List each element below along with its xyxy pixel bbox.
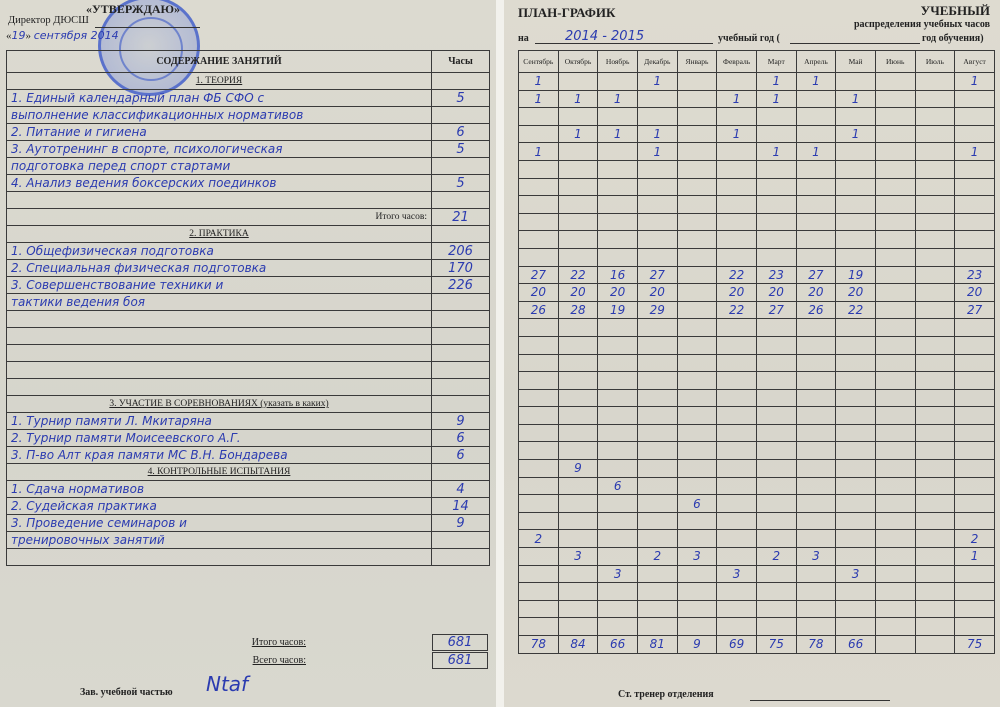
grid-cell <box>637 600 677 618</box>
grid-cell <box>836 389 876 407</box>
grid-cell <box>558 231 598 249</box>
grid-cell <box>558 178 598 196</box>
grid-cell <box>717 196 757 214</box>
section-hours-empty <box>432 464 490 481</box>
grid-cell <box>875 143 915 161</box>
grid-cell <box>915 319 955 337</box>
grid-cell <box>756 389 796 407</box>
grid-cell <box>756 565 796 583</box>
grid-cell <box>836 336 876 354</box>
grid-cell <box>796 495 836 513</box>
grid-row <box>519 442 995 460</box>
grid-cell <box>558 143 598 161</box>
grid-cell <box>637 565 677 583</box>
grid-cell <box>558 372 598 390</box>
academic-year-value: 2014 - 2015 <box>565 29 644 44</box>
grid-cell: 1 <box>955 73 995 91</box>
grid-cell <box>756 319 796 337</box>
grid-cell <box>558 160 598 178</box>
grid-cell: 20 <box>637 284 677 302</box>
grid-cell <box>717 495 757 513</box>
grid-cell <box>875 231 915 249</box>
grid-cell <box>717 389 757 407</box>
grid-cell <box>875 336 915 354</box>
grid-row: 22 <box>519 530 995 548</box>
grid-cell: 66 <box>598 636 638 654</box>
grid-row <box>519 231 995 249</box>
grid-cell <box>915 231 955 249</box>
month-header: Октябрь <box>558 51 598 73</box>
row-hours <box>432 158 490 175</box>
grid-cell <box>598 213 638 231</box>
grid-cell: 27 <box>756 301 796 319</box>
approval-title: «УТВЕРЖДАЮ» <box>86 2 180 17</box>
row-hours: 170 <box>432 260 490 277</box>
grid-cell <box>915 389 955 407</box>
grid-row: 6 <box>519 495 995 513</box>
grid-cell: 23 <box>955 266 995 284</box>
grid-cell: 75 <box>955 636 995 654</box>
table-row <box>7 328 490 345</box>
grid-cell <box>955 407 995 425</box>
grid-cell <box>558 530 598 548</box>
grid-cell <box>677 460 717 478</box>
grid-cell <box>558 600 598 618</box>
grid-cell <box>598 143 638 161</box>
row-content: 3. Проведение семинаров и <box>7 515 432 532</box>
grid-cell <box>756 618 796 636</box>
grid-cell <box>875 460 915 478</box>
row-hours: 226 <box>432 277 490 294</box>
grid-cell <box>519 231 559 249</box>
grid-cell <box>955 600 995 618</box>
grid-cell: 22 <box>558 266 598 284</box>
grid-cell <box>677 196 717 214</box>
table-body: 1. ТЕОРИЯ1. Единый календарный план ФБ С… <box>7 73 490 566</box>
section-title: 4. КОНТРОЛЬНЫЕ ИСПЫТАНИЯ <box>7 464 432 481</box>
row-hours <box>432 107 490 124</box>
grid-cell <box>717 231 757 249</box>
grid-cell <box>519 196 559 214</box>
grid-cell <box>519 583 559 601</box>
grid-cell <box>915 266 955 284</box>
grid-cell <box>955 372 995 390</box>
grid-cell <box>717 213 757 231</box>
grid-cell: 1 <box>598 90 638 108</box>
doc-subtitle: распределения учебных часов <box>854 19 990 30</box>
grid-cell <box>915 565 955 583</box>
grid-cell: 23 <box>756 266 796 284</box>
study-year-label: год обучения) <box>922 33 984 44</box>
grid-cell <box>955 618 995 636</box>
grid-cell <box>637 442 677 460</box>
grid-cell <box>637 389 677 407</box>
grid-cell <box>756 512 796 530</box>
grid-cell <box>836 143 876 161</box>
row-content: подготовка перед спорт стартами <box>7 158 432 175</box>
table-row: 2. Судейская практика14 <box>7 498 490 515</box>
plan-title: ПЛАН-ГРАФИК <box>518 5 615 21</box>
table-row: 2. Специальная физическая подготовка170 <box>7 260 490 277</box>
grid-cell <box>598 530 638 548</box>
grid-cell <box>836 477 876 495</box>
grid-cell <box>955 442 995 460</box>
grid-cell: 22 <box>717 266 757 284</box>
row-hours <box>432 532 490 549</box>
grid-cell <box>717 618 757 636</box>
row-hours: 6 <box>432 124 490 141</box>
grid-cell <box>637 178 677 196</box>
month-header: Февраль <box>717 51 757 73</box>
grid-cell <box>915 477 955 495</box>
grid-row: 262819292227262227 <box>519 301 995 319</box>
table-row: подготовка перед спорт стартами <box>7 158 490 175</box>
grid-cell <box>598 372 638 390</box>
grid-cell <box>915 196 955 214</box>
senior-coach-label: Ст. тренер отделения <box>618 689 714 700</box>
grid-cell <box>637 160 677 178</box>
grid-cell <box>519 125 559 143</box>
row-hours: 9 <box>432 515 490 532</box>
grid-cell <box>836 108 876 126</box>
grid-cell <box>756 460 796 478</box>
grid-cell <box>598 73 638 91</box>
grid-cell <box>875 372 915 390</box>
grid-cell <box>756 583 796 601</box>
grid-cell <box>915 248 955 266</box>
row-hours <box>432 294 490 311</box>
grid-cell <box>915 178 955 196</box>
grid-cell: 2 <box>637 548 677 566</box>
grid-cell <box>915 424 955 442</box>
grid-cell <box>717 583 757 601</box>
director-label: Директор ДЮСШ <box>8 15 89 26</box>
grid-cell <box>875 284 915 302</box>
grid-cell <box>677 213 717 231</box>
grid-cell: 78 <box>519 636 559 654</box>
grid-cell <box>519 548 559 566</box>
grid-cell <box>677 565 717 583</box>
grid-cell: 1 <box>756 90 796 108</box>
grid-cell: 19 <box>598 301 638 319</box>
grid-cell <box>519 565 559 583</box>
grid-cell <box>677 125 717 143</box>
grid-cell <box>717 460 757 478</box>
month-header: Август <box>955 51 995 73</box>
grid-row <box>519 600 995 618</box>
section-total-row: Итого часов:21 <box>7 209 490 226</box>
grid-row <box>519 512 995 530</box>
grid-cell <box>915 512 955 530</box>
grid-cell: 1 <box>637 73 677 91</box>
section-title-row: 3. УЧАСТИЕ В СОРЕВНОВАНИЯХ (указать в ка… <box>7 396 490 413</box>
grid-cell <box>955 231 995 249</box>
grid-cell <box>756 424 796 442</box>
grid-row <box>519 336 995 354</box>
table-row <box>7 362 490 379</box>
grid-cell <box>598 442 638 460</box>
grid-cell <box>756 196 796 214</box>
grid-cell <box>836 160 876 178</box>
grid-cell <box>955 248 995 266</box>
grid-row <box>519 160 995 178</box>
vsego-value: 681 <box>432 652 488 669</box>
head-of-studies-label: Зав. учебной частью <box>80 687 173 698</box>
grid-cell <box>519 424 559 442</box>
grid-cell <box>836 73 876 91</box>
grid-cell <box>677 108 717 126</box>
grid-cell <box>915 442 955 460</box>
row-content: 2. Специальная физическая подготовка <box>7 260 432 277</box>
grid-cell <box>717 600 757 618</box>
grid-cell <box>915 73 955 91</box>
grid-cell <box>598 618 638 636</box>
grid-cell: 1 <box>558 90 598 108</box>
row-content: тренировочных занятий <box>7 532 432 549</box>
grid-cell <box>756 213 796 231</box>
grid-row <box>519 372 995 390</box>
grid-cell: 75 <box>756 636 796 654</box>
grid-cell: 1 <box>955 143 995 161</box>
grid-cell <box>955 583 995 601</box>
table-row: 3. Совершенствование техники и226 <box>7 277 490 294</box>
grid-cell: 1 <box>637 143 677 161</box>
row-content <box>7 379 432 396</box>
academic-year-label: учебный год ( <box>718 33 780 44</box>
grid-cell <box>519 160 559 178</box>
grid-cell <box>677 178 717 196</box>
table-row: 3. П-во Алт края памяти МС В.Н. Бондарев… <box>7 447 490 464</box>
col-content-header: СОДЕРЖАНИЕ ЗАНЯТИЙ <box>7 51 432 73</box>
grid-cell <box>717 319 757 337</box>
grid-cell <box>677 160 717 178</box>
grid-cell <box>677 319 717 337</box>
grid-cell <box>637 512 677 530</box>
grid-cell <box>756 495 796 513</box>
grid-cell: 20 <box>519 284 559 302</box>
grid-cell <box>717 530 757 548</box>
grid-cell <box>875 125 915 143</box>
grid-cell <box>717 354 757 372</box>
grid-row: 333 <box>519 565 995 583</box>
grid-cell: 3 <box>677 548 717 566</box>
grid-cell <box>637 354 677 372</box>
grid-cell <box>955 213 995 231</box>
grid-cell <box>756 477 796 495</box>
coach-signature-line <box>750 700 890 701</box>
grid-cell: 20 <box>796 284 836 302</box>
table-row: тактики ведения боя <box>7 294 490 311</box>
grid-cell <box>836 407 876 425</box>
row-content: 1. Сдача нормативов <box>7 481 432 498</box>
table-row <box>7 192 490 209</box>
grid-cell <box>915 143 955 161</box>
grid-cell: 1 <box>836 90 876 108</box>
grid-cell: 6 <box>677 495 717 513</box>
grid-cell <box>558 73 598 91</box>
row-hours: 14 <box>432 498 490 515</box>
grid-cell <box>677 248 717 266</box>
table-row <box>7 379 490 396</box>
grid-cell: 20 <box>955 284 995 302</box>
table-row: 1. Единый календарный план ФБ СФО с5 <box>7 90 490 107</box>
grid-row <box>519 213 995 231</box>
grid-cell <box>756 442 796 460</box>
grid-row: 11111 <box>519 125 995 143</box>
grid-cell <box>598 108 638 126</box>
month-header: Декабрь <box>637 51 677 73</box>
grid-cell <box>598 460 638 478</box>
grid-cell <box>796 336 836 354</box>
grid-cell <box>796 442 836 460</box>
grid-cell <box>796 565 836 583</box>
grid-cell <box>915 530 955 548</box>
grid-cell: 2 <box>519 530 559 548</box>
grid-row <box>519 389 995 407</box>
grid-cell <box>875 424 915 442</box>
grid-cell <box>796 407 836 425</box>
row-content: 2. Судейская практика <box>7 498 432 515</box>
month-header: Июнь <box>875 51 915 73</box>
director-signature-line <box>95 27 200 28</box>
grid-cell: 78 <box>796 636 836 654</box>
doc-title: УЧЕБНЫЙ <box>921 3 990 19</box>
grid-cell <box>677 530 717 548</box>
grid-cell <box>796 618 836 636</box>
grid-cell <box>796 125 836 143</box>
grid-cell <box>717 73 757 91</box>
grid-cell <box>558 407 598 425</box>
grid-cell <box>955 354 995 372</box>
grid-cell <box>637 248 677 266</box>
row-hours: 6 <box>432 430 490 447</box>
grid-cell <box>796 213 836 231</box>
grid-row <box>519 178 995 196</box>
grid-cell: 2 <box>955 530 995 548</box>
row-content: выполнение классификационных нормативов <box>7 107 432 124</box>
section-hours-empty <box>432 73 490 90</box>
grid-cell <box>637 213 677 231</box>
grid-cell <box>598 336 638 354</box>
table-row: 3. Аутотренинг в спорте, психологическая… <box>7 141 490 158</box>
row-content <box>7 192 432 209</box>
month-header: Май <box>836 51 876 73</box>
grid-cell <box>637 108 677 126</box>
grid-cell <box>677 477 717 495</box>
row-hours: 9 <box>432 413 490 430</box>
grid-cell <box>836 248 876 266</box>
grid-cell <box>796 108 836 126</box>
grid-cell <box>875 248 915 266</box>
grid-cell <box>558 442 598 460</box>
grid-cell <box>637 583 677 601</box>
grid-cell <box>915 600 955 618</box>
na-label: на <box>518 33 529 44</box>
grid-cell: 20 <box>558 284 598 302</box>
grid-cell <box>519 178 559 196</box>
grid-cell <box>598 389 638 407</box>
grid-cell <box>955 336 995 354</box>
grid-cell: 84 <box>558 636 598 654</box>
grid-cell <box>756 178 796 196</box>
grid-cell <box>796 424 836 442</box>
grid-cell <box>558 583 598 601</box>
grid-row <box>519 108 995 126</box>
grid-row: 11111 <box>519 73 995 91</box>
grid-cell <box>836 354 876 372</box>
grid-cell <box>519 336 559 354</box>
grid-cell <box>637 319 677 337</box>
grid-row: 272216272223271923 <box>519 266 995 284</box>
grid-cell <box>558 213 598 231</box>
row-hours <box>432 549 490 566</box>
grid-cell <box>836 424 876 442</box>
grid-cell: 69 <box>717 636 757 654</box>
grid-cell <box>558 565 598 583</box>
table-row: 3. Проведение семинаров и9 <box>7 515 490 532</box>
grid-cell <box>875 442 915 460</box>
grid-row <box>519 424 995 442</box>
grid-cell <box>955 495 995 513</box>
grid-cell <box>796 196 836 214</box>
grid-cell <box>519 389 559 407</box>
grid-cell <box>519 248 559 266</box>
grid-cell <box>875 636 915 654</box>
grid-cell <box>955 319 995 337</box>
grid-cell: 3 <box>558 548 598 566</box>
table-row: 4. Анализ ведения боксерских поединков5 <box>7 175 490 192</box>
table-row <box>7 549 490 566</box>
schedule-grid: СентябрьОктябрьНоябрьДекабрьЯнварьФеврал… <box>518 50 995 654</box>
grid-cell <box>756 354 796 372</box>
grid-cell <box>598 248 638 266</box>
grid-cell <box>717 108 757 126</box>
grid-cell <box>637 424 677 442</box>
grid-row: 111111 <box>519 90 995 108</box>
grid-cell <box>598 512 638 530</box>
grid-cell <box>717 372 757 390</box>
grid-cell <box>836 618 876 636</box>
grid-cell: 3 <box>717 565 757 583</box>
grid-cell <box>717 178 757 196</box>
grid-cell <box>598 600 638 618</box>
row-content: 1. Общефизическая подготовка <box>7 243 432 260</box>
grid-cell <box>598 548 638 566</box>
grid-cell <box>558 424 598 442</box>
grid-cell: 1 <box>717 125 757 143</box>
grid-cell <box>915 636 955 654</box>
grid-row <box>519 196 995 214</box>
grid-cell: 20 <box>836 284 876 302</box>
grid-cell <box>677 354 717 372</box>
row-hours <box>432 311 490 328</box>
grid-cell: 26 <box>519 301 559 319</box>
table-row: выполнение классификационных нормативов <box>7 107 490 124</box>
grid-cell <box>677 618 717 636</box>
grid-cell <box>955 389 995 407</box>
study-year-line <box>790 43 920 44</box>
month-header: Ноябрь <box>598 51 638 73</box>
grid-cell <box>637 530 677 548</box>
grid-cell <box>717 512 757 530</box>
grid-cell <box>677 442 717 460</box>
grid-cell: 27 <box>519 266 559 284</box>
section-title: 1. ТЕОРИЯ <box>7 73 432 90</box>
grid-row <box>519 354 995 372</box>
grid-cell <box>796 530 836 548</box>
grid-cell <box>836 319 876 337</box>
grid-cell <box>519 460 559 478</box>
